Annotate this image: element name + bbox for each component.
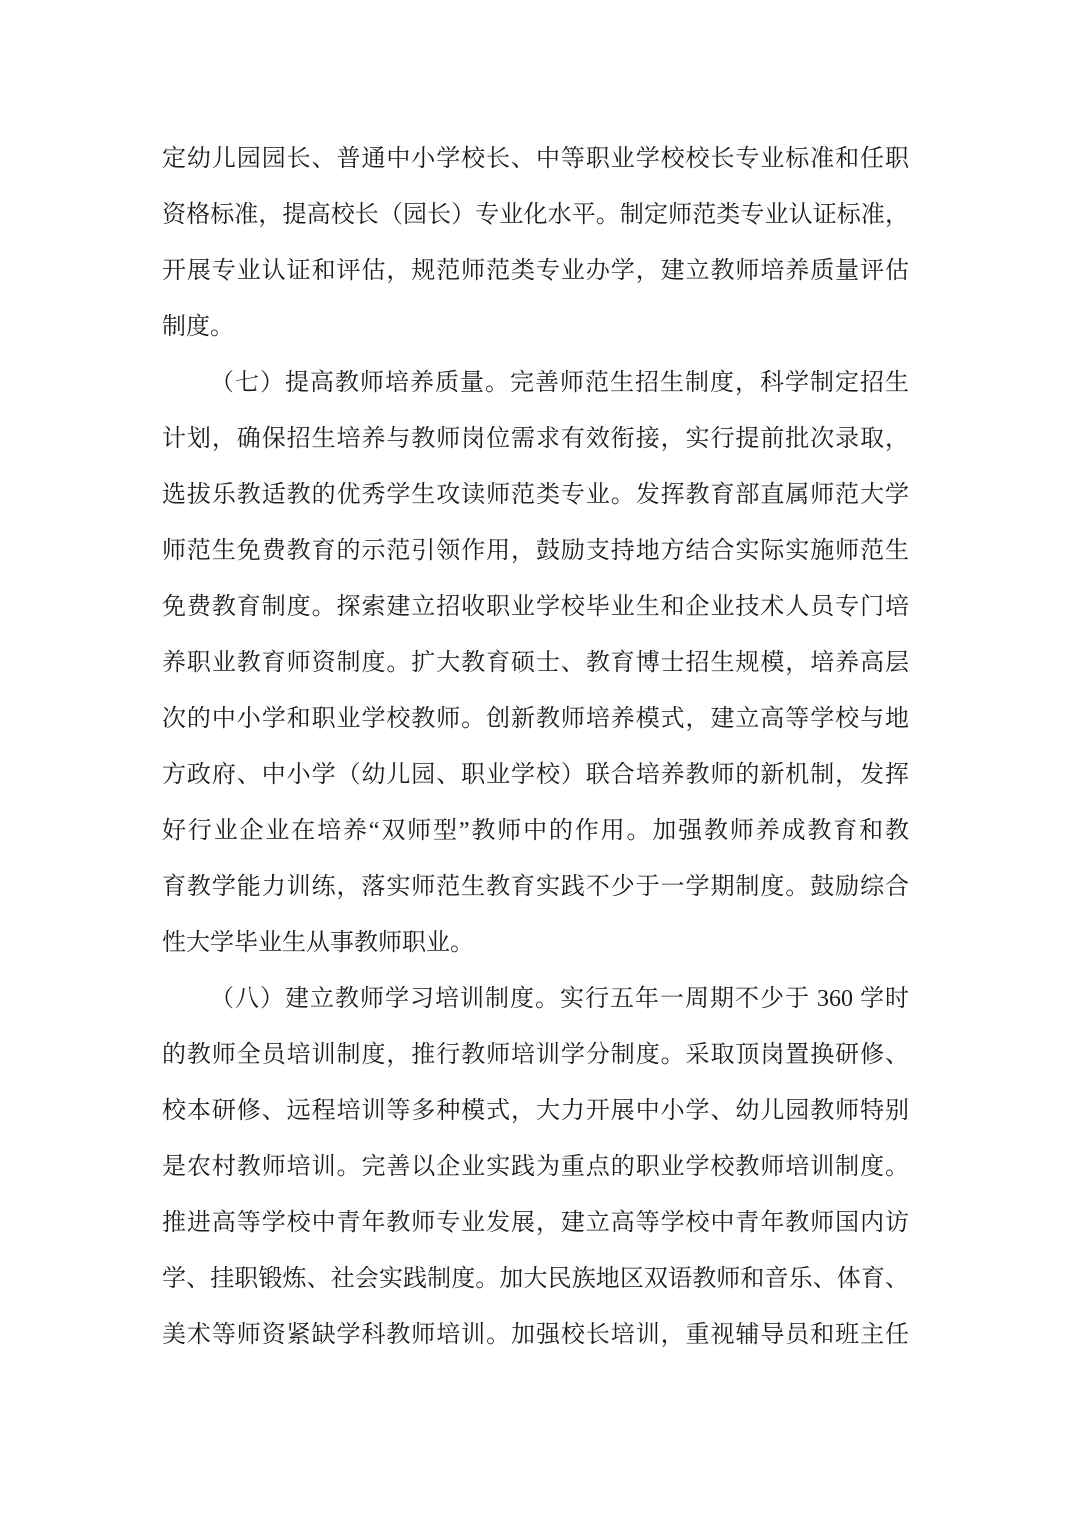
text-line: 计划，确保招生培养与教师岗位需求有效衔接，实行提前批次录取， [162, 411, 909, 467]
text-line: 资格标准，提高校长（园长）专业化水平。制定师范类专业认证标准， [162, 187, 909, 243]
text-line: 是农村教师培训。完善以企业实践为重点的职业学校教师培训制度。 [162, 1139, 909, 1195]
text-line: 定幼儿园园长、普通中小学校长、中等职业学校校长专业标准和任职 [162, 131, 909, 187]
text-line: 校本研修、远程培训等多种模式，大力开展中小学、幼儿园教师特别 [162, 1083, 909, 1139]
text-line: 美术等师资紧缺学科教师培训。加强校长培训，重视辅导员和班主任 [162, 1307, 909, 1363]
text-line: 的教师全员培训制度，推行教师培训学分制度。采取顶岗置换研修、 [162, 1027, 909, 1083]
text-line: 方政府、中小学（幼儿园、职业学校）联合培养教师的新机制，发挥 [162, 747, 909, 803]
text-line: 好行业企业在培养“双师型”教师中的作用。加强教师养成教育和教 [162, 803, 909, 859]
paragraph-continuation: 定幼儿园园长、普通中小学校长、中等职业学校校长专业标准和任职资格标准，提高校长（… [162, 131, 909, 355]
text-line: 养职业教育师资制度。扩大教育硕士、教育博士招生规模，培养高层 [162, 635, 909, 691]
text-line: 开展专业认证和评估，规范师范类专业办学，建立教师培养质量评估 [162, 243, 909, 299]
text-line: 性大学毕业生从事教师职业。 [162, 915, 909, 971]
text-line: （八）建立教师学习培训制度。实行五年一周期不少于 360 学时 [162, 971, 909, 1027]
text-line: 选拔乐教适教的优秀学生攻读师范类专业。发挥教育部直属师范大学 [162, 467, 909, 523]
document-body: 定幼儿园园长、普通中小学校长、中等职业学校校长专业标准和任职资格标准，提高校长（… [162, 131, 909, 1363]
text-line: 制度。 [162, 299, 909, 355]
text-line: 免费教育制度。探索建立招收职业学校毕业生和企业技术人员专门培 [162, 579, 909, 635]
text-line: 次的中小学和职业学校教师。创新教师培养模式，建立高等学校与地 [162, 691, 909, 747]
paragraph-item-7: （七）提高教师培养质量。完善师范生招生制度，科学制定招生计划，确保招生培养与教师… [162, 355, 909, 971]
paragraph-item-8: （八）建立教师学习培训制度。实行五年一周期不少于 360 学时的教师全员培训制度… [162, 971, 909, 1363]
text-line: 学、挂职锻炼、社会实践制度。加大民族地区双语教师和音乐、体育、 [162, 1251, 909, 1307]
text-line: （七）提高教师培养质量。完善师范生招生制度，科学制定招生 [162, 355, 909, 411]
text-line: 育教学能力训练，落实师范生教育实践不少于一学期制度。鼓励综合 [162, 859, 909, 915]
text-line: 推进高等学校中青年教师专业发展，建立高等学校中青年教师国内访 [162, 1195, 909, 1251]
text-line: 师范生免费教育的示范引领作用，鼓励支持地方结合实际实施师范生 [162, 523, 909, 579]
document-page: 定幼儿园园长、普通中小学校长、中等职业学校校长专业标准和任职资格标准，提高校长（… [0, 0, 1074, 1520]
